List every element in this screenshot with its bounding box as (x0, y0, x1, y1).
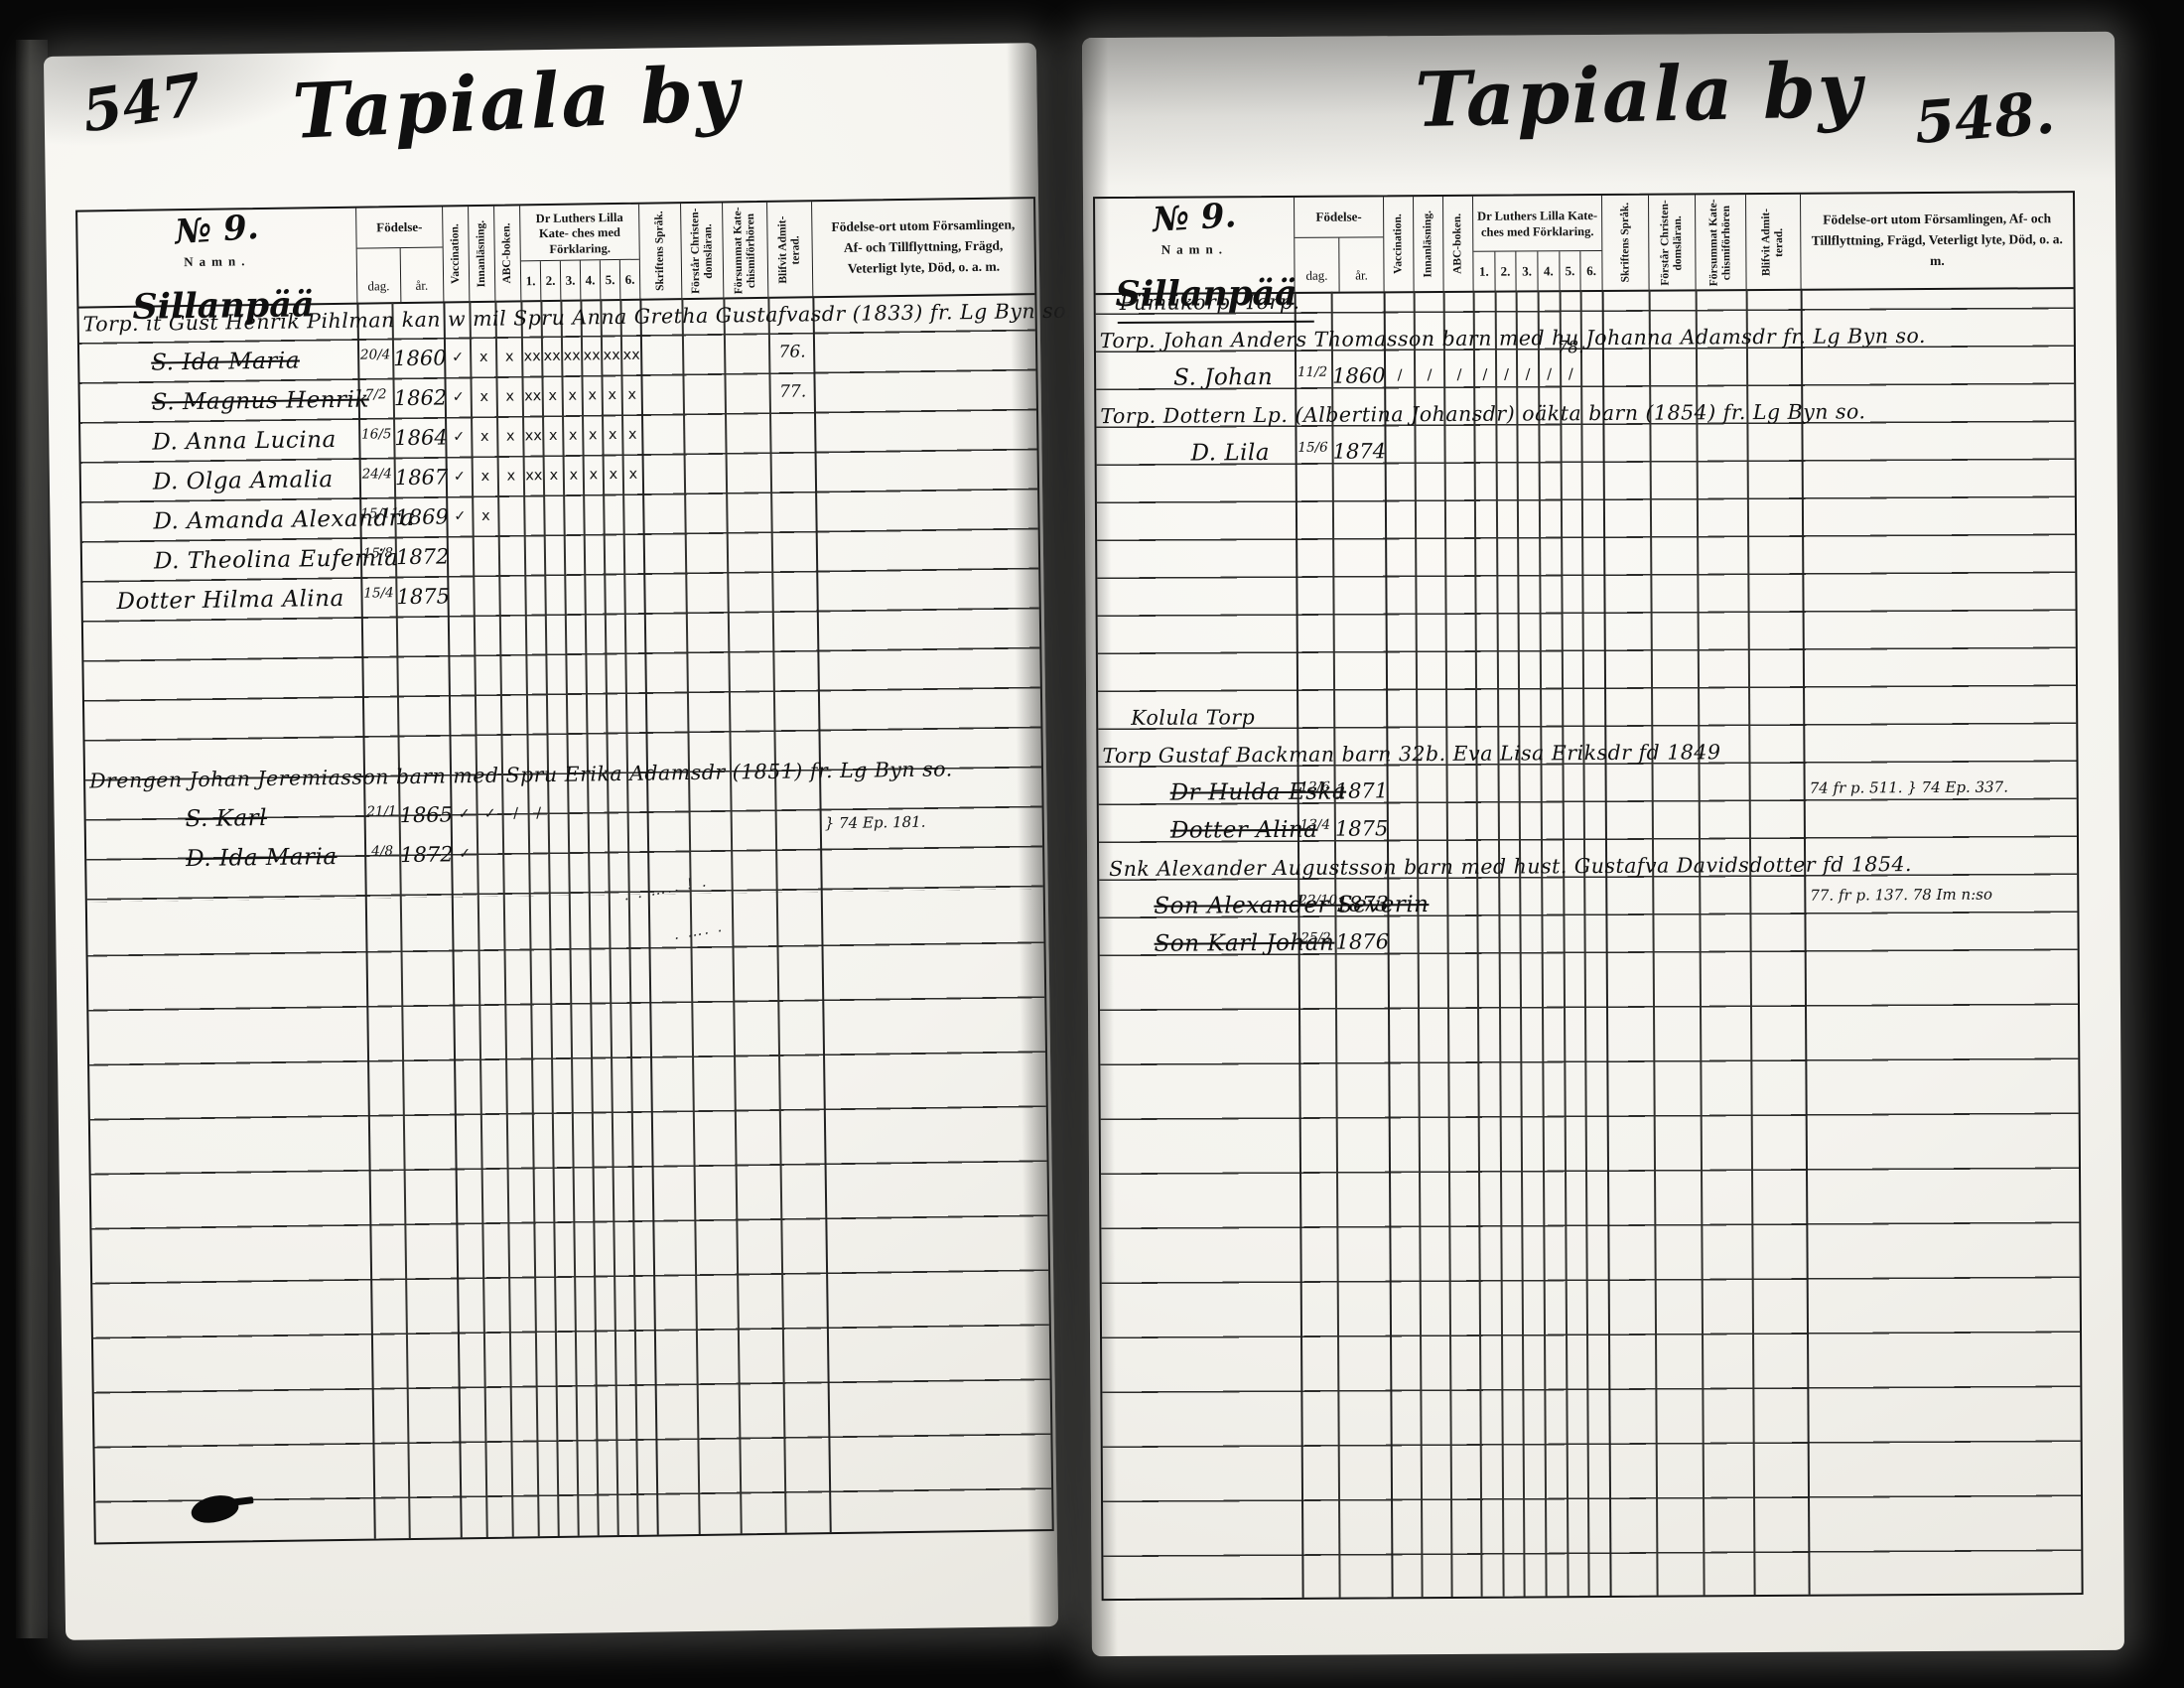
col-header-abc-boken: ABC-boken. (1442, 197, 1473, 291)
birth-year: 1867 (395, 465, 447, 490)
blifvit-admitterad-label: Blifvit Admit- terad. (1760, 197, 1786, 286)
exam-marks: ✓xxxxxxxxxxxxxx (445, 348, 641, 366)
exam-marks: //////// (1385, 366, 1581, 383)
col-header-skriftens-sprak: Skriftens Språk. (638, 204, 681, 299)
col-header-forstar: Förstår Christen- domsläran. (680, 204, 723, 299)
katekes-title: Dr Luthers Lilla Kate- ches med Förklari… (1473, 196, 1601, 252)
skriftens-sprak-label: Skriftens Språk. (1619, 203, 1632, 283)
katekes-col-6: 6. (619, 260, 640, 299)
vaccination-label: Vaccination. (1392, 213, 1405, 274)
birth-year: 1864 (394, 425, 446, 450)
birth-day: 16/5 (359, 428, 393, 442)
col-header-katekes: Dr Luthers Lilla Kate- ches med Förklari… (519, 205, 639, 301)
dag-label: dag. (357, 248, 400, 303)
col-header-forsummat: Försummat Kate- chismiförhören (1695, 195, 1746, 289)
table-body-left: Torp. it Gust Henrik Pihlman kan w mil S… (78, 293, 1051, 1542)
col-header-fodelse: Födelse- dag. år. (1294, 197, 1384, 292)
page-number-right: 548. (1912, 78, 2057, 157)
birth-day: 13/4 (1298, 819, 1332, 833)
person-name: D. Olga Amalia (153, 462, 334, 500)
col-header-innanlasning: Innanläsning. (1413, 197, 1443, 291)
col-header-abc-boken: ABC-boken. (493, 206, 520, 300)
table-header-left: № 9. Namn. Sillanpää Födelse- dag. år. V… (77, 199, 1034, 308)
person-name: S. Ida Maria (151, 343, 300, 380)
family-head-line: Torp Gustaf Backman barn 32b. Eva Lisa E… (1102, 734, 1720, 774)
book-spine-edge (16, 40, 48, 1638)
katekes-col-4: 4. (580, 260, 601, 299)
scanned-parish-register: 547 Tapiala by № 9. Namn. Sillanpää Föde… (0, 0, 2184, 1688)
katekes-col-1: 1. (521, 261, 541, 300)
record-row: Kolula Torp (1098, 694, 2076, 738)
forstar-label: Förstår Christen- domsläran. (689, 206, 716, 295)
person-name: Dotter Hilma Alina (116, 581, 344, 620)
forsummat-label: Försummat Kate- chismiförhören (732, 206, 758, 295)
birth-year: 1860 (1332, 363, 1384, 387)
person-name: S. Magnus Henrik (152, 382, 370, 421)
exam-marks: ✓xxxxxxxxx (447, 467, 643, 486)
blifvit-admitterad-label: Blifvit Admit- terad. (776, 205, 803, 294)
col-header-skriftens-sprak: Skriftens Språk. (1601, 196, 1649, 290)
register-table-left: № 9. Namn. Sillanpää Födelse- dag. år. V… (75, 197, 1054, 1544)
col-header-blifvit-admitterad: Blifvit Admit- terad. (766, 202, 812, 297)
birth-day: 15/6 (1297, 442, 1330, 456)
household-number: № 9. (76, 201, 356, 258)
ruled-lines (1100, 982, 2082, 1599)
col-header-forstar: Förstår Christen- domsläran. (1648, 195, 1696, 289)
record-row: Dr Hulda Eska 12/6 1871 (1099, 770, 2077, 813)
record-row: Son Karl Johan 25/2 1876 (1099, 920, 2077, 964)
col-header-fodelse: Födelse- dag. år. (355, 207, 443, 302)
skriftens-sprak-label: Skriftens Språk. (653, 211, 667, 292)
birth-year: 1876 (1336, 929, 1388, 953)
record-row: S. Johan 11/2 1860 //////// (1096, 354, 2074, 398)
record-row: Dotter Alina 13/4 1875 (1099, 807, 2077, 851)
household-name: Sillanpää (132, 284, 315, 328)
namn-label: Namn. (1095, 241, 1294, 258)
ar-label: år. (399, 247, 443, 302)
katekes-col-5: 5. (600, 260, 620, 299)
record-row: Torp Gustaf Backman barn 32b. Eva Lisa E… (1098, 732, 2076, 775)
col-header-innanlasning: Innanläsning. (468, 207, 494, 301)
table-body-right: Pümükorpi Torp. Torp. Johan Anders Thoma… (1096, 287, 2082, 1599)
col-header-forsummat: Försummat Kate- chismiförhören (722, 203, 767, 298)
birth-year: 1875 (1335, 816, 1387, 840)
birth-year: 1871 (1335, 778, 1387, 802)
col-header-namn: № 9. Namn. Sillanpää (77, 209, 356, 307)
birth-year: 1875 (396, 584, 448, 609)
birth-year: 1862 (394, 385, 446, 410)
namn-label: Namn. (78, 252, 356, 272)
col-header-katekes: Dr Luthers Lilla Kate- ches med Förklari… (1472, 196, 1602, 291)
family-head-line: Torp. Johan Anders Thomasson barn med hu… (1100, 318, 1926, 358)
village-title-left: Tapiala by (291, 49, 743, 156)
person-name: D. Anna Lucina (152, 422, 337, 461)
vaccination-label: Vaccination. (449, 223, 463, 284)
forsummat-label: Försummat Kate- chismiförhören (1707, 198, 1733, 287)
birth-year: 1872 (400, 842, 452, 867)
abc-boken-label: ABC-boken. (500, 222, 514, 283)
birth-day: 4/8 (365, 845, 399, 859)
birth-day: 12/6 (1298, 781, 1332, 795)
birth-day: 20/4 (358, 349, 392, 362)
croft-heading: Kolula Torp (1131, 699, 1255, 736)
admitted-year-note: 76. (769, 342, 815, 362)
birth-day: 24/4 (360, 468, 394, 482)
fodelseort-label: Födelse-ort utom Församlingen, Af- och T… (822, 214, 1024, 280)
page-number-left: 547 (77, 61, 206, 146)
margin-reference-note: } 74 Ep. 181. (825, 813, 926, 832)
birth-year: 1872 (396, 544, 448, 569)
birth-day: 7/2 (359, 388, 393, 402)
exam-marks: ✓✓// (452, 805, 549, 822)
family-head-line: Torp. Dottern Lp. (Albertina Johansdr) o… (1100, 393, 1865, 434)
fodelse-label: Födelse- (356, 207, 443, 248)
register-table-right: № 9. Namn. Sillanpää Födelse- dag. år. V… (1093, 191, 2084, 1601)
katekes-title: Dr Luthers Lilla Kate- ches med Förklari… (520, 205, 639, 262)
record-row: Torp. Dottern Lp. (Albertina Johansdr) o… (1096, 392, 2074, 436)
admitted-year-note: 78. (1548, 338, 1593, 357)
exam-marks: ✓xxxxxxxxx (446, 427, 642, 446)
col-header-vaccination: Vaccination. (1383, 197, 1414, 291)
record-row: Torp. Johan Anders Thomasson barn med hu… (1096, 317, 2074, 360)
family-head-line: Snk Alexander Augustsson barn med hust. … (1109, 846, 1912, 887)
col-header-fodelseort: Födelse-ort utom Församlingen, Af- och T… (1800, 193, 2074, 289)
person-name: Dotter Alina (1170, 812, 1318, 849)
birth-year: 1860 (393, 346, 445, 370)
birth-day: 21/1 (364, 805, 398, 819)
fodelseort-label: Födelse-ort utom Församlingen, Af- och T… (1811, 209, 2063, 272)
record-row: Son Alexander Severin 22/10 1873 (1099, 883, 2077, 926)
household-name: Sillanpää (1115, 273, 1297, 315)
col-header-blifvit-admitterad: Blifvit Admit- terad. (1745, 195, 1801, 289)
page-left: 547 Tapiala by № 9. Namn. Sillanpää Föde… (44, 43, 1058, 1640)
person-name: D. Ida Maria (186, 839, 338, 877)
person-name: D. Lila (1190, 435, 1270, 471)
birth-year: 1869 (395, 504, 447, 529)
exam-marks: ✓x (447, 508, 498, 525)
birth-year: 1874 (1333, 439, 1385, 463)
birth-year: 1865 (399, 802, 451, 827)
record-row: D. Lila 15/6 1874 (1096, 430, 2074, 474)
katekes-col-3: 3. (560, 261, 581, 300)
abc-boken-label: ABC-boken. (1451, 213, 1464, 274)
birth-year: 1873 (1335, 892, 1387, 915)
record-row: Snk Alexander Augustsson barn med hust. … (1099, 845, 2077, 889)
person-name: S. Johan (1173, 359, 1273, 396)
household-number: № 9. (1094, 193, 1295, 244)
page-right: 548. Tapiala by № 9. Namn. Sillanpää Föd… (1082, 32, 2124, 1656)
admitted-year-note: 77. (770, 381, 816, 402)
birth-day: 25/2 (1299, 932, 1333, 946)
person-name: S. Karl (185, 800, 267, 837)
forstar-label: Förstår Christen- domsläran. (1659, 198, 1685, 287)
col-header-fodelseort: Födelse-ort utom Församlingen, Af- och T… (811, 199, 1034, 296)
col-header-namn: № 9. Namn. Sillanpää (1095, 198, 1295, 293)
fodelse-label: Födelse- (1295, 197, 1383, 238)
birth-day: 15/11 (360, 507, 394, 521)
village-title-right: Tapiala by (1414, 45, 1864, 144)
col-header-vaccination: Vaccination. (442, 207, 469, 301)
birth-day: 15/8 (361, 547, 395, 561)
katekes-col-2: 2. (540, 261, 561, 300)
innanlasning-label: Innanläsning. (1422, 211, 1434, 278)
innanlasning-label: Innanläsning. (475, 220, 488, 288)
birth-day: 11/2 (1296, 366, 1329, 380)
birth-day: 22/10 (1298, 895, 1332, 909)
exam-marks: ✓ (452, 846, 478, 862)
birth-day: 15/4 (361, 587, 395, 601)
exam-marks: ✓xxxxxxxxx (446, 387, 642, 406)
